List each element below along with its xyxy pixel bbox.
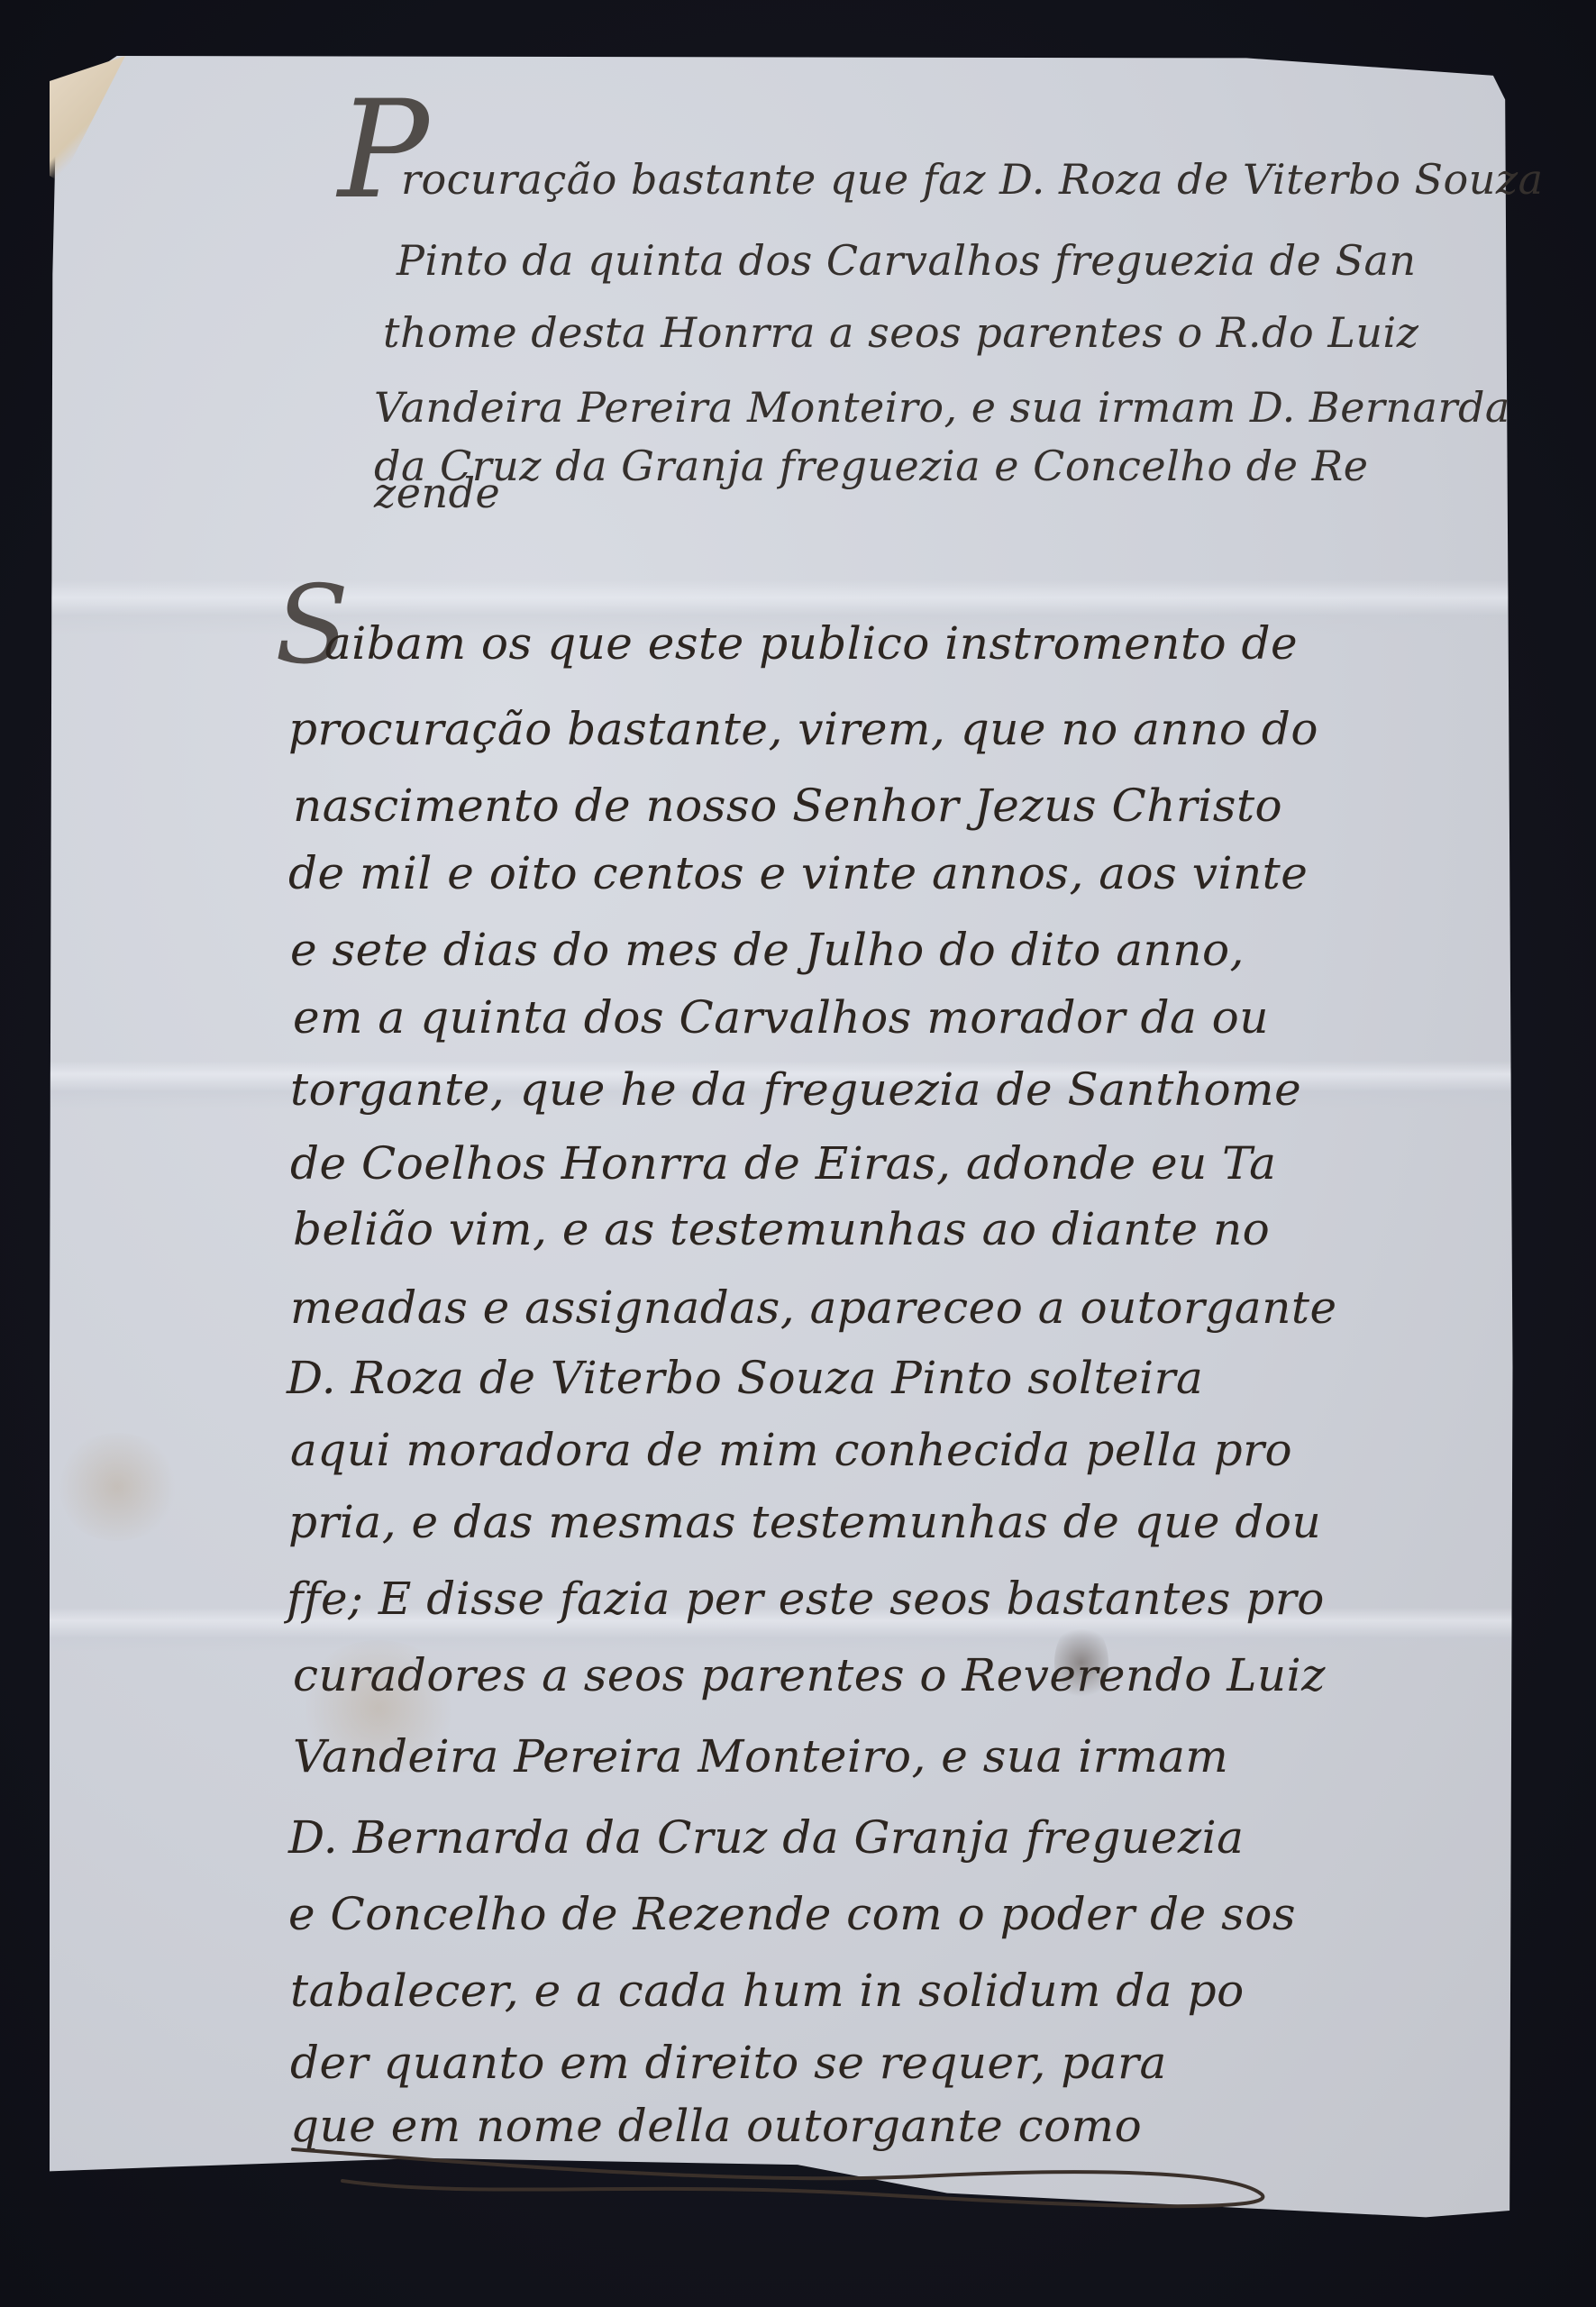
body-line: e sete dias do mes de Julho do dito anno… [290,924,1245,976]
foxing-stain [54,1433,180,1541]
heading-line: Vandeira Pereira Monteiro, e sua irmam D… [374,383,1510,432]
heading-line: thome desta Honrra a seos parentes o R.d… [383,308,1418,357]
body-line: nascimento de nosso Senhor Jezus Christo [293,780,1282,832]
body-line: pria, e das mesmas testemunhas de que do… [288,1496,1321,1548]
body-line: em a quinta dos Carvalhos morador da ou [293,991,1269,1044]
body-line: de Coelhos Honrra de Eiras, adonde eu Ta [290,1137,1276,1190]
body-line: tabalecer, e a cada hum in solidum da po [290,1965,1245,2017]
body-line: aqui moradora de mim conhecida pella pro [290,1424,1292,1476]
body-line: D. Bernarda da Cruz da Granja freguezia [288,1811,1244,1864]
body-line: D. Roza de Viterbo Souza Pinto solteira [287,1352,1203,1404]
closing-flourish-line [288,2145,1298,2217]
body-line: aibam os que este publico instromento de [324,617,1298,670]
heading-line: zende [374,469,500,517]
body-line: ffe; E disse fazia per este seos bastant… [287,1573,1325,1625]
heading-line: da Cruz da Granja freguezia e Concelho d… [374,442,1368,490]
body-line: meadas e assignadas, apareceo a outorgan… [290,1281,1337,1334]
body-line: belião vim, e as testemunhas ao diante n… [293,1203,1270,1255]
body-line: procuração bastante, virem, que no anno … [288,703,1318,755]
heading-line: rocuração bastante que faz D. Roza de Vi… [401,155,1544,204]
body-line: curadores a seos parentes o Reverendo Lu… [293,1649,1326,1701]
body-line: torgante, que he da freguezia de Santhom… [290,1063,1301,1116]
heading-line: Pinto da quinta dos Carvalhos freguezia … [397,236,1417,285]
body-line: der quanto em direito se requer, para [290,2037,1167,2089]
body-line: e Concelho de Rezende com o poder de sos [288,1888,1296,1940]
body-line: de mil e oito centos e vinte annos, aos … [288,847,1308,899]
body-line: Vandeira Pereira Monteiro, e sua irmam [293,1730,1228,1783]
